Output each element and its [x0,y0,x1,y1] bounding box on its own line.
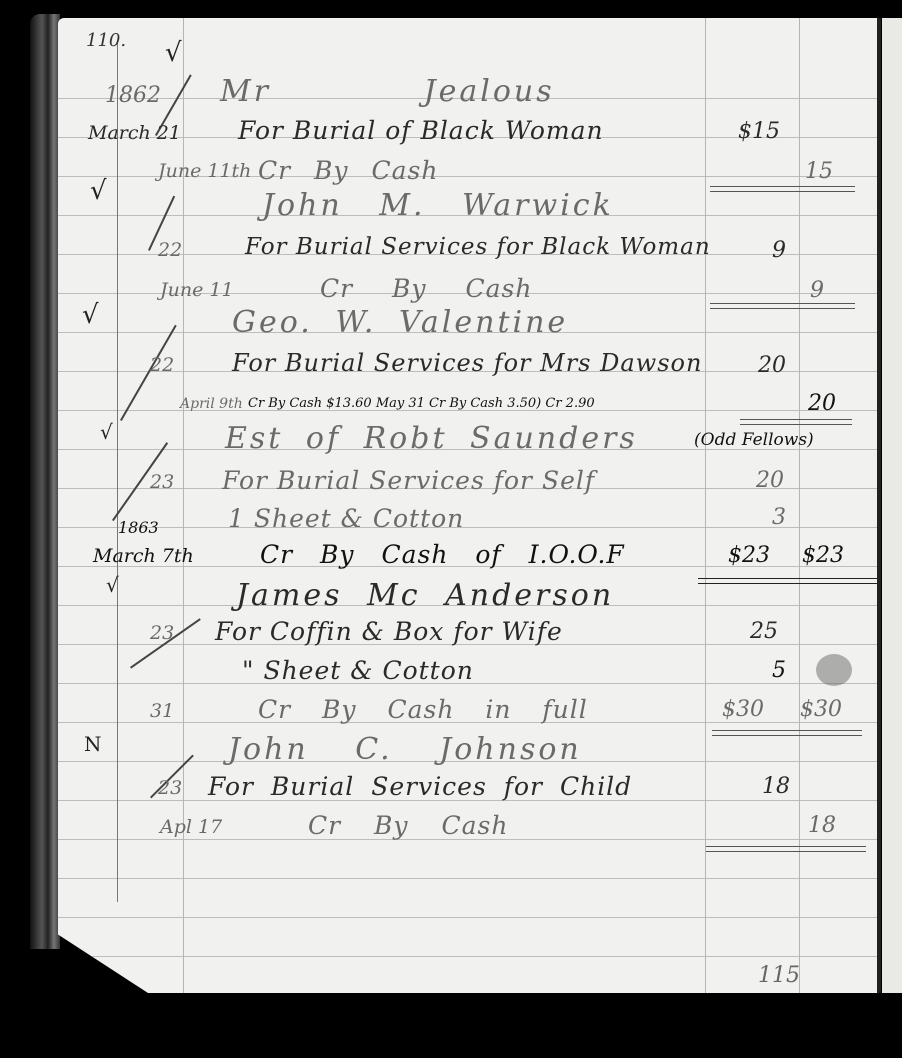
entry-date: 23 [150,622,174,644]
facing-page-edge [882,18,902,993]
account-name: John C. Johnson [228,732,582,767]
entry-description: For Burial of Black Woman [238,116,604,145]
entry-date: 23 [158,777,182,799]
debit-amount: $15 [738,119,780,144]
entry-description: Cr By Cash $13.60 May 31 Cr By Cash 3.50… [248,396,595,411]
credit-amount: $23 [802,543,844,568]
page-number-top: 110. [86,30,126,51]
entry-date: 22 [158,239,182,261]
entry-date: Apl 17 [160,816,222,838]
debit-amount: 18 [762,774,790,799]
check-mark-icon: √ [82,300,99,330]
entry-description: Cr By Cash in full [258,695,588,724]
credit-amount: 9 [810,278,824,303]
ink-stain [816,654,852,686]
entry-date: March 7th [93,545,194,567]
entry-description: For Burial Services for Black Woman [245,234,711,260]
debit-amount: 9 [772,238,786,263]
debit-amount: 5 [772,658,786,683]
entry-date: 22 [150,354,174,376]
entry-date: March 21 [88,122,181,144]
credit-amount: 18 [808,813,836,838]
double-underline [710,303,855,309]
debit-amount: 20 [758,353,786,378]
debit-amount: 3 [772,505,786,530]
check-mark-icon: √ [165,38,182,68]
account-name: John M. Warwick [262,188,614,223]
book-page-edges [30,14,60,949]
entry-date: April 9th [180,396,243,412]
entry-description: For Burial Services for Child [208,772,632,801]
entry-year: 1862 [105,83,161,108]
credit-amount: 15 [805,159,833,184]
book-gutter [877,18,881,993]
check-mark-icon: √ [90,176,107,206]
check-mark-icon: N [84,732,102,756]
credit-amount: $30 [800,697,842,722]
check-mark-icon: √ [100,420,113,444]
entry-description: Cr By Cash [320,274,532,303]
entry-description: For Burial Services for Mrs Dawson [232,349,702,377]
debit-amount: 20 [756,468,784,493]
double-underline [712,730,862,736]
entry-description: " Sheet & Cotton [242,656,474,685]
double-underline [740,419,852,425]
entry-description: Cr By Cash [308,811,508,840]
entry-date: 31 [150,700,174,722]
double-underline [706,846,866,852]
debit-amount: $30 [722,697,764,722]
entry-date: June 11 [160,279,234,301]
debit-amount: 25 [750,619,778,644]
credit-amount: 20 [808,391,836,416]
entry-description: Cr By Cash of I.O.O.F [260,540,625,569]
account-name: James Mc Anderson [236,578,614,613]
account-name: Mr Jealous [220,74,555,109]
double-underline [698,578,878,584]
entry-date: June 11th [158,160,251,182]
account-note: (Odd Fellows) [694,430,814,450]
entry-description: 1 Sheet & Cotton [228,504,464,533]
page-number-bottom: 115 [758,963,800,988]
entry-year: 1863 [118,518,159,537]
account-name: Geo. W. Valentine [232,305,568,340]
double-underline [710,186,855,192]
margin-pencil-line [117,42,118,902]
entry-description: For Coffin & Box for Wife [215,617,563,646]
debit-amount: $23 [728,543,770,568]
entry-date: 23 [150,471,174,493]
entry-description: Cr By Cash [258,156,438,185]
check-mark-icon: √ [106,573,119,597]
ruled-line [58,917,880,918]
ruled-line [58,956,880,957]
ruled-line [58,878,880,879]
ruled-line [58,527,880,528]
account-name: Est of Robt Saunders [225,421,638,456]
entry-description: For Burial Services for Self [222,466,595,495]
